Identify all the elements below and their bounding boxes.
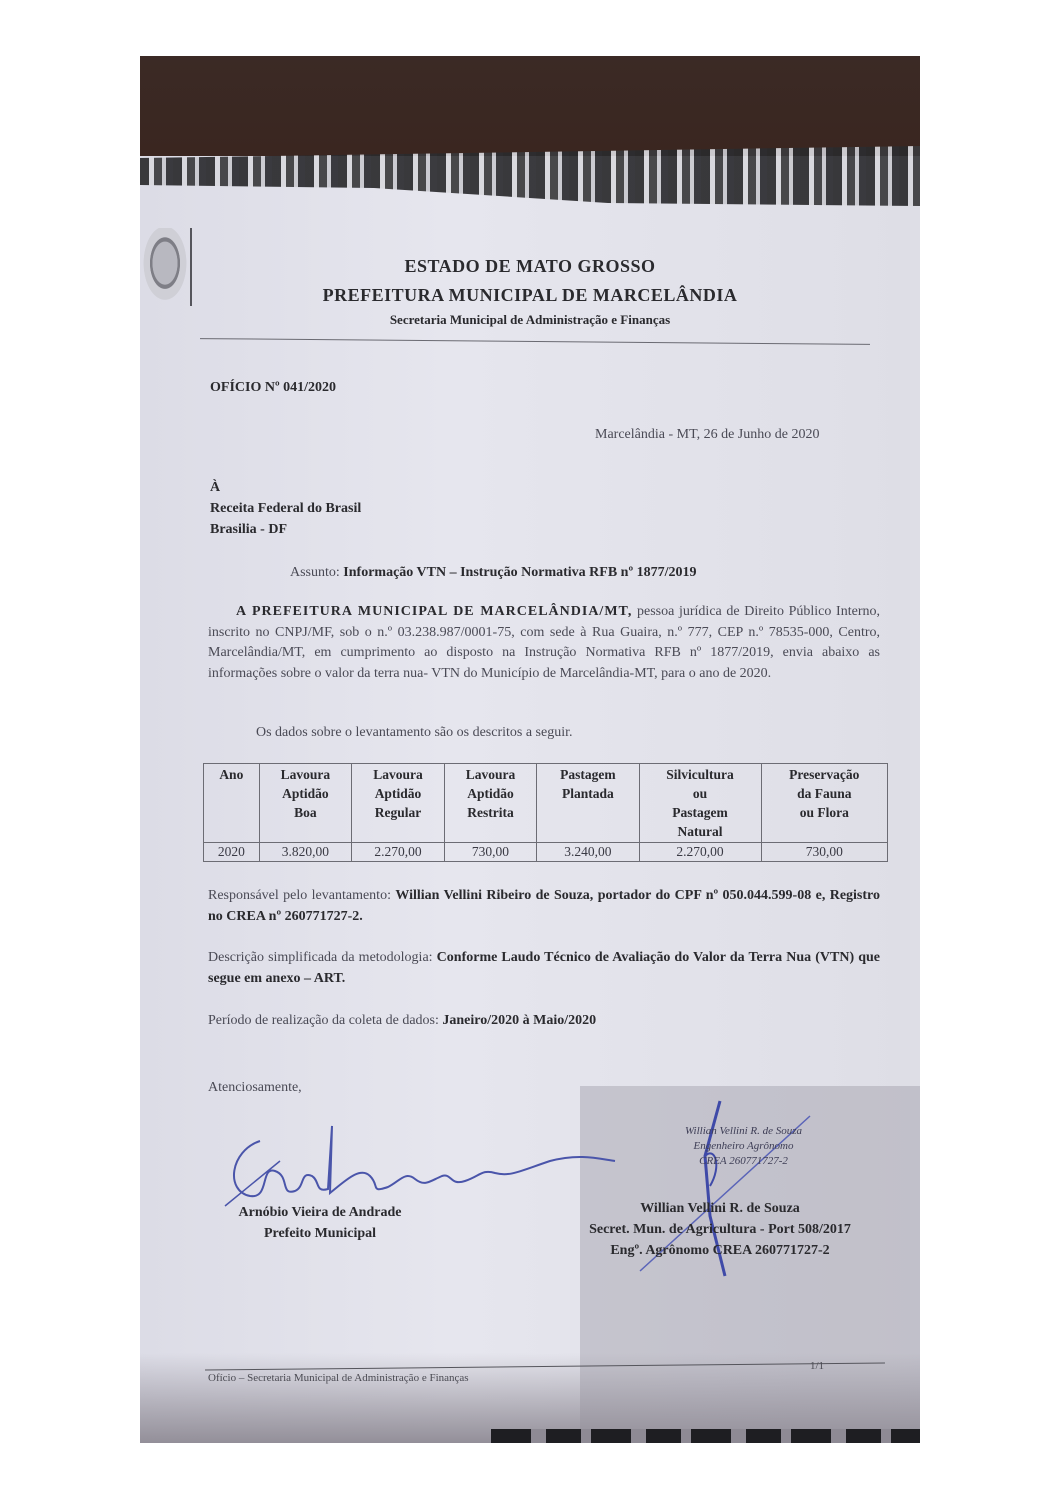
stamp-line-2: Engenheiro Agrônomo <box>685 1139 802 1154</box>
engineer-stamp: Willian Vellini R. de Souza Engenheiro A… <box>685 1124 802 1169</box>
header-line: ou Flora <box>765 803 884 822</box>
responsible-paragraph: Responsável pelo levantamento: Willian V… <box>208 886 880 927</box>
stamp-line-1: Willian Vellini R. de Souza <box>685 1124 802 1139</box>
body-lead: A PREFEITURA MUNICIPAL DE MARCELÂNDIA/MT… <box>236 604 632 619</box>
table-header-cell: LavouraAptidãoBoa <box>259 764 352 843</box>
table-cell: 730,00 <box>761 843 887 862</box>
header-line: Silvicultura <box>643 765 758 784</box>
table-header-row: AnoLavouraAptidãoBoaLavouraAptidãoRegula… <box>204 764 888 843</box>
header-line: Aptidão <box>448 784 534 803</box>
place-date: Marcelândia - MT, 26 de Junho de 2020 <box>595 425 819 445</box>
letterhead-state: ESTADO DE MATO GROSSO <box>140 256 920 277</box>
table-header-cell: LavouraAptidãoRestrita <box>444 764 537 843</box>
header-line: Plantada <box>540 784 635 803</box>
background-surface <box>140 56 920 156</box>
table-cell: 3.820,00 <box>259 843 352 862</box>
table-cell: 2.270,00 <box>639 843 761 862</box>
body-paragraph: A PREFEITURA MUNICIPAL DE MARCELÂNDIA/MT… <box>208 602 880 684</box>
header-divider <box>200 338 870 345</box>
method-paragraph: Descrição simplificada da metodologia: C… <box>208 948 880 989</box>
subject-label: Assunto: <box>290 565 340 580</box>
responsible-label: Responsável pelo levantamento: <box>208 888 391 903</box>
header-line: Regular <box>355 803 441 822</box>
table-body: 20203.820,002.270,00730,003.240,002.270,… <box>204 843 888 862</box>
header-line: Lavoura <box>448 765 534 784</box>
header-line: Aptidão <box>355 784 441 803</box>
header-line: Pastagem <box>643 803 758 822</box>
header-line: da Fauna <box>765 784 884 803</box>
header-line: Pastagem <box>540 765 635 784</box>
page-number: 1/1 <box>810 1360 824 1372</box>
header-line: ou <box>643 784 758 803</box>
table-header-cell: Preservaçãoda Faunaou Flora <box>761 764 887 843</box>
header-line: Lavoura <box>355 765 441 784</box>
header-line: Lavoura <box>263 765 349 784</box>
header-line: Preservação <box>765 765 884 784</box>
period-text: Janeiro/2020 à Maio/2020 <box>442 1013 596 1028</box>
table-cell: 3.240,00 <box>537 843 639 862</box>
header-line: Boa <box>263 803 349 822</box>
table-header-cell: PastagemPlantada <box>537 764 639 843</box>
header-line: Restrita <box>448 803 534 822</box>
subject-line: Assunto: Informação VTN – Instrução Norm… <box>290 563 696 583</box>
document-number: OFÍCIO Nº 041/2020 <box>210 378 336 398</box>
table-cell: 2020 <box>204 843 260 862</box>
recipient-name: Receita Federal do Brasil <box>210 499 361 519</box>
header-line: Aptidão <box>263 784 349 803</box>
table-row: 20203.820,002.270,00730,003.240,002.270,… <box>204 843 888 862</box>
header-line: Natural <box>643 822 758 841</box>
engineer-name: Willian Vellini R. de Souza <box>540 1198 900 1219</box>
mayor-name: Arnóbio Vieira de Andrade <box>220 1202 420 1223</box>
recipient-location: Brasilia - DF <box>210 520 287 540</box>
table-header-cell: Ano <box>204 764 260 843</box>
header-line: Ano <box>207 765 256 784</box>
document-photo: ESTADO DE MATO GROSSO PREFEITURA MUNICIP… <box>140 56 920 1443</box>
period-label: Período de realização da coleta de dados… <box>208 1013 439 1028</box>
engineer-title-2: Engº. Agrônomo CREA 260771727-2 <box>540 1240 900 1261</box>
stamp-line-3: CREA 260771727-2 <box>685 1154 802 1169</box>
data-intro: Os dados sobre o levantamento são os des… <box>256 723 573 743</box>
engineer-title-1: Secret. Mun. de Agricultura - Port 508/2… <box>540 1219 900 1240</box>
table-cell: 2.270,00 <box>352 843 445 862</box>
table-cell: 730,00 <box>444 843 537 862</box>
table-header-cell: SilviculturaouPastagemNatural <box>639 764 761 843</box>
table-header-cell: LavouraAptidãoRegular <box>352 764 445 843</box>
footer-text: Ofício – Secretaria Municipal de Adminis… <box>208 1372 469 1384</box>
subject-text: Informação VTN – Instrução Normativa RFB… <box>343 565 696 580</box>
mayor-signature-block: Arnóbio Vieira de Andrade Prefeito Munic… <box>220 1202 420 1244</box>
engineer-signature-block: Willian Vellini R. de Souza Secret. Mun.… <box>540 1198 900 1261</box>
method-label: Descrição simplificada da metodologia: <box>208 950 433 965</box>
recipient-to: À <box>210 478 220 498</box>
vtn-table: AnoLavouraAptidãoBoaLavouraAptidãoRegula… <box>203 763 888 862</box>
letterhead-prefecture: PREFEITURA MUNICIPAL DE MARCELÂNDIA <box>140 285 920 306</box>
letterhead-department: Secretaria Municipal de Administração e … <box>140 312 920 328</box>
closing: Atenciosamente, <box>208 1078 302 1098</box>
mayor-title: Prefeito Municipal <box>220 1223 420 1244</box>
scan-artifact-bottom <box>491 1429 920 1443</box>
period-paragraph: Período de realização da coleta de dados… <box>208 1011 880 1032</box>
